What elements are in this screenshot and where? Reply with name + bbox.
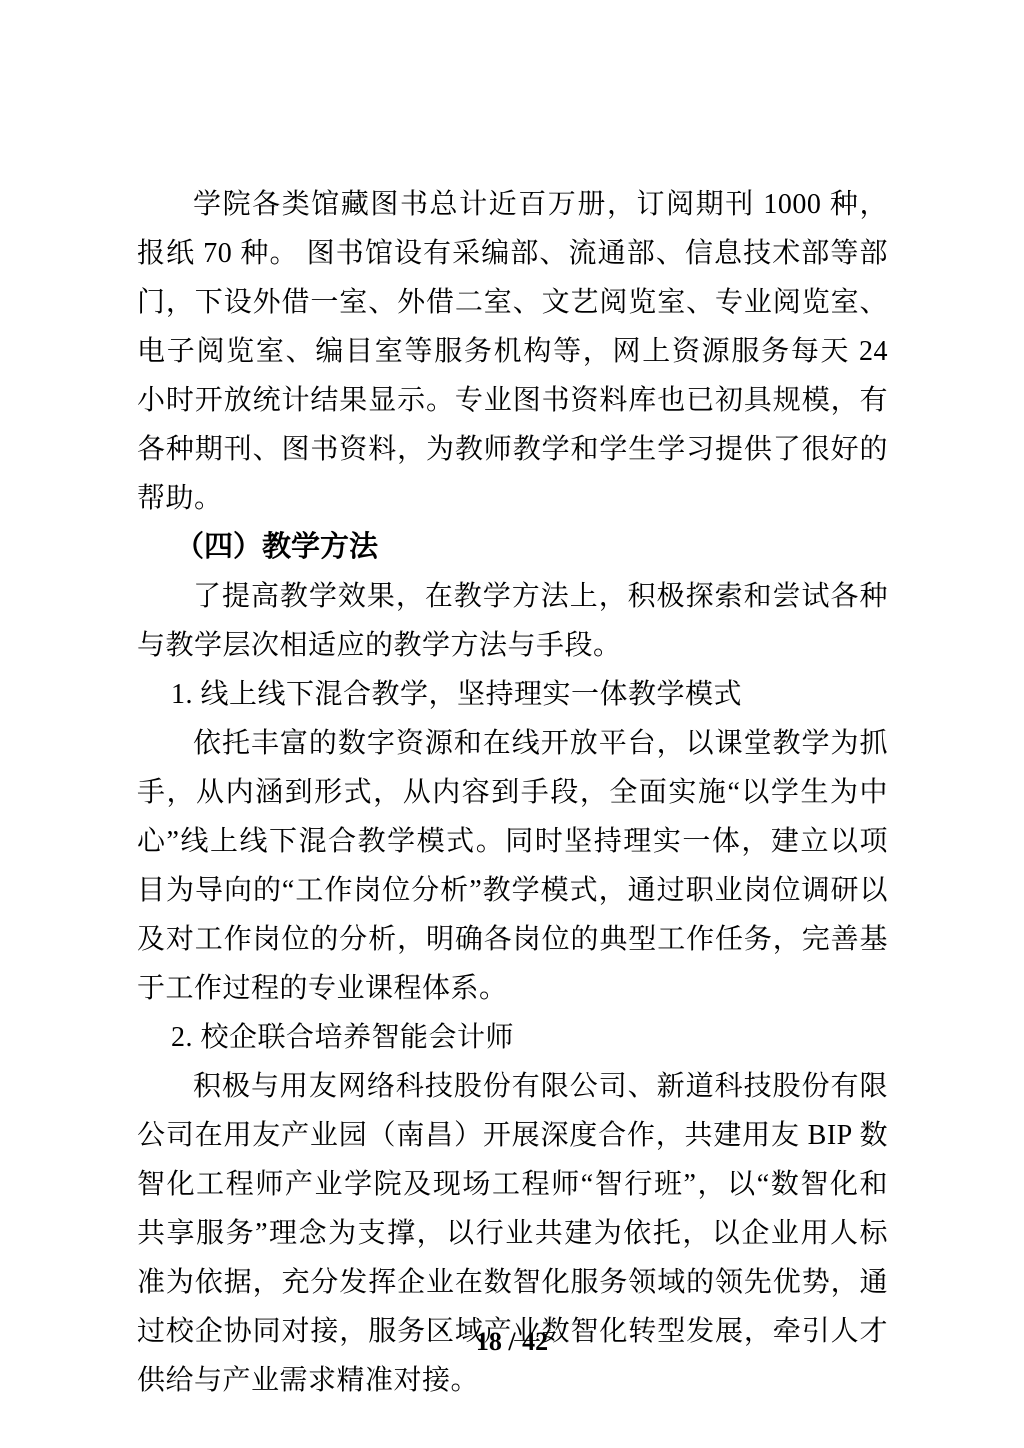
- paragraph-blended-teaching: 依托丰富的数字资源和在线开放平台，以课堂教学为抓手，从内涵到形式，从内容到手段，…: [137, 719, 888, 1013]
- numbered-subheading-1: 1. 线上线下混合教学，坚持理实一体教学模式: [137, 670, 888, 719]
- section-heading-teaching-methods: （四）教学方法: [137, 523, 888, 572]
- paragraph-library-collection: 学院各类馆藏图书总计近百万册，订阅期刊 1000 种，报纸 70 种。 图书馆设…: [137, 180, 888, 523]
- paragraph-teaching-methods-intro: 了提高教学效果，在教学方法上，积极探索和尝试各种与教学层次相适应的教学方法与手段…: [137, 572, 888, 670]
- document-body: 学院各类馆藏图书总计近百万册，订阅期刊 1000 种，报纸 70 种。 图书馆设…: [137, 180, 888, 1405]
- document-page: 学院各类馆藏图书总计近百万册，订阅期刊 1000 种，报纸 70 种。 图书馆设…: [0, 0, 1024, 1448]
- page-number: 18 / 42: [0, 1327, 1024, 1357]
- numbered-subheading-2: 2. 校企联合培养智能会计师: [137, 1013, 888, 1062]
